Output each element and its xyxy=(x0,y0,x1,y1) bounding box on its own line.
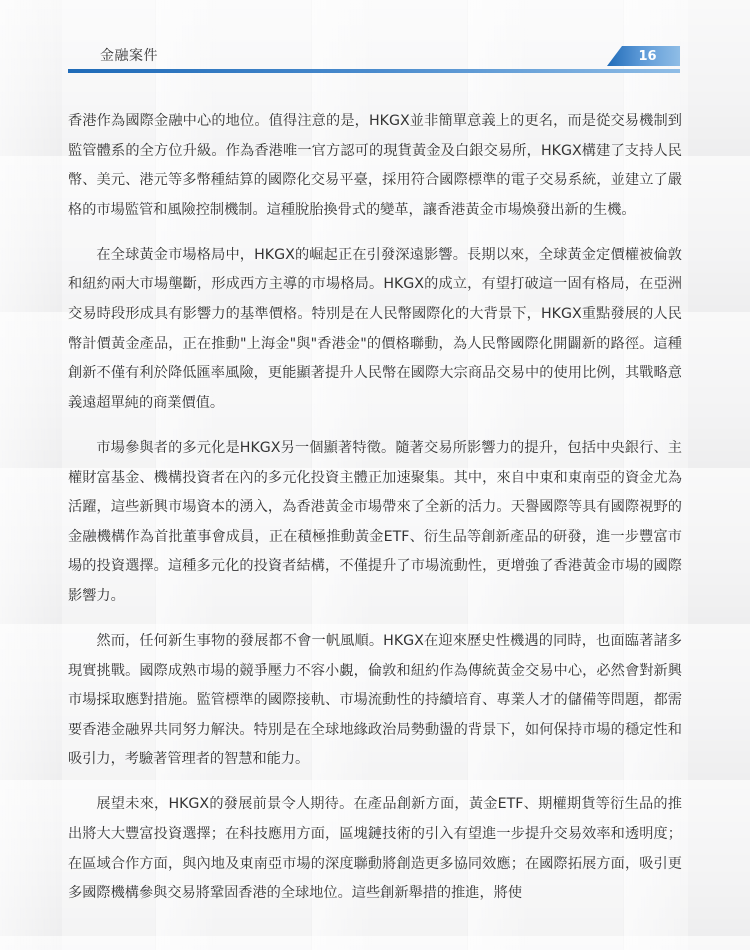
header-divider xyxy=(68,69,680,73)
section-title: 金融案件 xyxy=(100,45,158,65)
page-number: 16 xyxy=(638,49,656,64)
paragraph-1: 香港作為國際金融中心的地位。值得注意的是，HKGX並非簡單意義上的更名，而是從交… xyxy=(68,107,682,225)
paragraph-4: 然而，任何新生事物的發展都不會一帆風順。HKGX在迎來歷史性機遇的同時，也面臨著… xyxy=(68,627,682,775)
paragraph-3: 市場參與者的多元化是HKGX另一個顯著特徵。隨著交易所影響力的提升，包括中央銀行… xyxy=(68,434,682,612)
article-body: 香港作為國際金融中心的地位。值得注意的是，HKGX並非簡單意義上的更名，而是從交… xyxy=(68,107,682,924)
paragraph-5: 展望未來，HKGX的發展前景令人期待。在產品創新方面，黃金ETF、期權期貨等衍生… xyxy=(68,790,682,908)
paragraph-2: 在全球黃金市場格局中，HKGX的崛起正在引發深遠影響。長期以來，全球黃金定價權被… xyxy=(68,241,682,419)
